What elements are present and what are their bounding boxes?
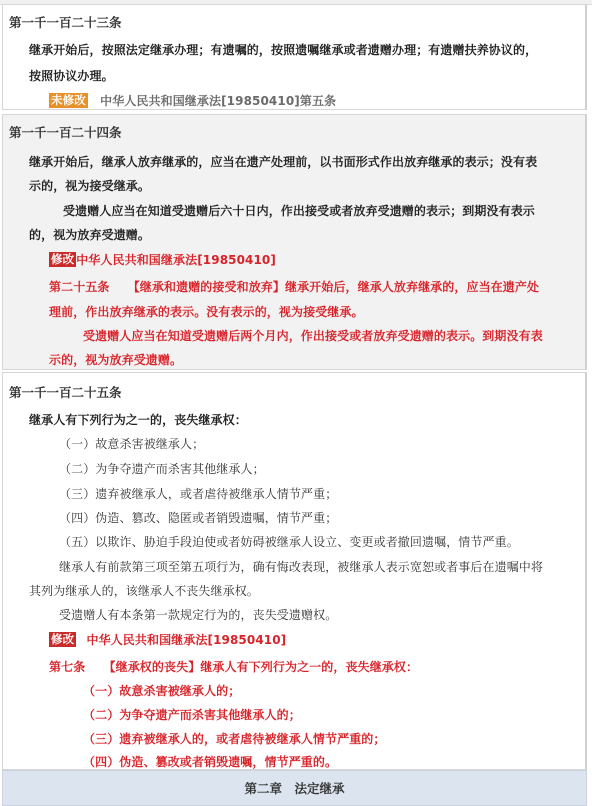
old-text-line: 示的，视为放弃受遗赠。 [49, 351, 182, 368]
article-text-line: 的，视为放弃受遗赠。 [29, 226, 150, 243]
change-info: 未修改 中华人民共和国继承法[19850410]第五条 [49, 92, 336, 109]
old-text-line: 第七条 【继承权的丧失】继承人有下列行为之一的，丧失继承权： [49, 658, 418, 675]
article-text-line: 按照协议办理。 [29, 67, 114, 84]
article-1123: 第一千一百二十三条 继承开始后，按照法定继承办理；有遗嘱的，按照遗嘱继承或者遗赠… [2, 4, 587, 110]
article-text-line: （三）遗弃被继承人，或者虐待被继承人情节严重； [59, 485, 337, 502]
old-text-line: 理前，作出放弃继承的表示。没有表示的，视为接受继承。 [49, 303, 364, 320]
old-text-line: 受遗赠人应当在知道受遗赠后两个月内，作出接受或者放弃受遗赠的表示。到期没有表 [83, 327, 543, 344]
source-law-link[interactable]: 中华人民共和国继承法[19850410] [86, 633, 286, 647]
chapter-header: 第二章 法定继承 [2, 770, 587, 806]
old-text-line: （三）遗弃被继承人的，或者虐待被继承人情节严重的； [83, 730, 386, 747]
article-text-line: 受遗赠人有本条第一款规定行为的，丧失受遗赠权。 [59, 606, 337, 623]
old-text-line: 第二十五条 【继承和遗赠的接受和放弃】继承开始后，继承人放弃继承的，应当在遗产处 [49, 278, 539, 295]
change-info: 修改 中华人民共和国继承法[19850410] [49, 631, 286, 648]
old-text-line: （四）伪造、篡改或者销毁遗嘱，情节严重的。 [83, 753, 337, 770]
chapter-title: 第二章 法定继承 [244, 779, 344, 797]
change-info: 修改中华人民共和国继承法[19850410] [49, 251, 276, 268]
source-law-link[interactable]: 中华人民共和国继承法[19850410]第五条 [100, 94, 336, 108]
article-text-line: （四）伪造、篡改、隐匿或者销毁遗嘱，情节严重； [59, 509, 337, 526]
article-text-line: 其列为继承人的，该继承人不丧失继承权。 [29, 582, 259, 599]
unchanged-badge: 未修改 [49, 93, 88, 108]
modified-badge: 修改 [49, 252, 76, 267]
article-text-line: 受遗赠人应当在知道受遗赠后六十日内，作出接受或者放弃受遗赠的表示；到期没有表示 [63, 202, 535, 219]
article-text-line: 继承人有前款第三项至第五项行为，确有悔改表现，被继承人表示宽恕或者事后在遗嘱中将 [59, 558, 543, 575]
article-text-line: （五）以欺诈、胁迫手段迫使或者妨碍被继承人设立、变更或者撤回遗嘱，情节严重。 [59, 533, 519, 550]
article-text-line: 示的，视为接受继承。 [29, 177, 150, 194]
old-text-line: （二）为争夺遗产而杀害其他继承人的； [83, 706, 301, 723]
article-text-line: 继承人有下列行为之一的，丧失继承权： [29, 411, 247, 428]
article-text-line: 继承开始后，按照法定继承办理；有遗嘱的，按照遗嘱继承或者遗赠办理；有遗赠扶养协议… [29, 41, 537, 58]
law-comparison-page: 第一千一百二十三条 继承开始后，按照法定继承办理；有遗嘱的，按照遗嘱继承或者遗赠… [0, 0, 592, 806]
article-1124: 第一千一百二十四条 继承开始后，继承人放弃继承的，应当在遗产处理前，以书面形式作… [2, 114, 587, 370]
article-1125: 第一千一百二十五条 继承人有下列行为之一的，丧失继承权： （一）故意杀害被继承人… [2, 372, 587, 770]
article-title: 第一千一百二十五条 [9, 383, 122, 401]
article-title: 第一千一百二十四条 [9, 123, 122, 141]
article-text-line: （一）故意杀害被继承人； [59, 435, 204, 452]
modified-badge: 修改 [49, 632, 76, 647]
article-text-line: （二）为争夺遗产而杀害其他继承人； [59, 460, 265, 477]
old-text-line: （一）故意杀害被继承人的； [83, 682, 240, 699]
article-text-line: 继承开始后，继承人放弃继承的，应当在遗产处理前，以书面形式作出放弃继承的表示；没… [29, 153, 537, 170]
source-law-link[interactable]: 中华人民共和国继承法[19850410] [76, 253, 276, 267]
article-title: 第一千一百二十三条 [9, 13, 122, 31]
